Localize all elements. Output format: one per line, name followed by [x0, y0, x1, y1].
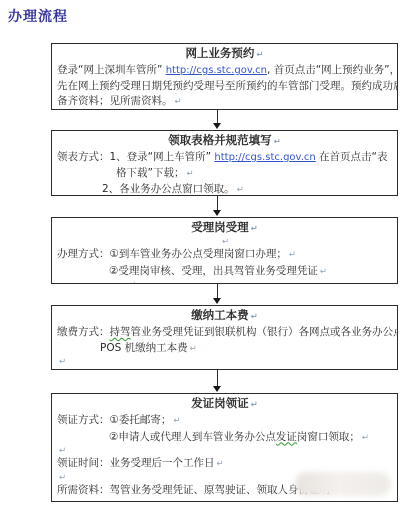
- return-mark-icon: ↵: [289, 250, 296, 260]
- step2-title: 领取表格并规范填写: [168, 133, 272, 147]
- flow-arrow-1: [213, 110, 222, 129]
- flow-arrow-2: [213, 196, 222, 216]
- step2-line1-text2: 在首页点击“表: [316, 151, 388, 163]
- flow-arrow-4: [213, 370, 222, 392]
- step2-line3-text: 2、各业务办公点窗口领取。: [102, 183, 235, 195]
- arrow-line: [217, 196, 218, 211]
- arrow-line: [217, 110, 218, 124]
- step5-line2-text2: 岗窗口领取；: [297, 431, 360, 443]
- step4-line1-text: 缴费方式：: [57, 326, 110, 338]
- step5-line4-text: 所需资料：驾管业务受理凭证、原驾驶证、领取人身份证明: [57, 484, 330, 496]
- step3-line1-text: 办理方式：①到车管业务办公点受理岗窗口办理；: [57, 248, 287, 260]
- step2-line2-text: 格下载”下载；: [116, 167, 184, 179]
- return-mark-icon: ↵: [251, 224, 258, 234]
- step2-title-row: 领取表格并规范填写↵: [57, 133, 392, 150]
- step3-title: 受理岗受理: [191, 220, 249, 234]
- flow-arrow-3: [213, 284, 222, 304]
- watermark-blur: [295, 472, 391, 496]
- page-title: 办理流程: [8, 6, 68, 26]
- step5-line3-text: 领证时间：业务受理后一个工作日: [57, 457, 215, 469]
- arrow-head-icon: [213, 386, 221, 392]
- step4-blank-line: ↵: [57, 357, 392, 367]
- return-mark-icon: ↵: [251, 400, 258, 410]
- step1-line3: 备齐资料；见所需资料。↵: [57, 94, 392, 110]
- step1-line2: 先在网上预约受理日期凭预约受理号至所预约的车管部门受理。预约成功后，: [57, 79, 392, 95]
- return-mark-icon: ↵: [59, 473, 66, 483]
- return-mark-icon: ↵: [217, 459, 224, 469]
- step1-title-row: 网上业务预约↵: [57, 46, 392, 63]
- step4-line2: POS 机缴纳工本费↵: [100, 341, 392, 358]
- step5-spellcheck-text: 发证: [276, 431, 297, 443]
- step5-title-row: 发证岗领证↵: [57, 396, 392, 413]
- step3-title-row: 受理岗受理↵: [57, 220, 392, 237]
- step5-title: 发证岗领证: [191, 396, 249, 410]
- cgs-website-link[interactable]: http://cgs.stc.gov.cn: [214, 152, 315, 163]
- step4-title-row: 缴纳工本费↵: [57, 308, 392, 325]
- return-mark-icon: ↵: [173, 416, 180, 426]
- return-mark-icon: ↵: [59, 357, 66, 367]
- step3-line1: 办理方式：①到车管业务办公点受理岗窗口办理；↵: [57, 247, 392, 264]
- return-mark-icon: ↵: [129, 280, 136, 284]
- step3-line2: ②受理岗审核、受理，出具驾管业务受理凭证↵: [109, 264, 392, 281]
- step4-line2-text: POS 机缴纳工本费: [100, 342, 188, 354]
- return-mark-icon: ↵: [59, 446, 66, 456]
- step2-line2: 格下载”下载；↵: [116, 166, 392, 183]
- step2-line1: 领表方式：1、登录“网上车管所” http://cgs.stc.gov.cn 在…: [57, 150, 392, 166]
- step2-line1-text: 领表方式：1、登录“网上车管所”: [57, 151, 214, 163]
- return-mark-icon: ↵: [190, 344, 197, 354]
- step1-line1: 登录“网上深圳车管所” http://cgs.stc.gov.cn, 首页点击“…: [57, 63, 392, 79]
- return-mark-icon: ↵: [362, 433, 369, 443]
- document-page: 办理流程 网上业务预约↵ 登录“网上深圳车管所” http://cgs.stc.…: [0, 0, 413, 515]
- return-mark-icon: ↵: [175, 97, 182, 107]
- arrow-line: [217, 284, 218, 299]
- arrow-head-icon: [213, 210, 221, 216]
- step1-line1-text: 登录“网上深圳车管所”: [57, 64, 166, 76]
- return-mark-icon: ↵: [251, 312, 258, 322]
- step4-title: 缴纳工本费: [191, 308, 249, 322]
- arrow-head-icon: [213, 298, 221, 304]
- step3-line2-text: ②受理岗审核、受理，出具驾管业务受理凭证: [109, 265, 318, 277]
- step-box-acceptance: 受理岗受理↵ ↵ 办理方式：①到车管业务办公点受理岗窗口办理；↵ ②受理岗审核、…: [51, 217, 398, 284]
- step-box-collect-license: 发证岗领证↵ 领证方式：①委托邮寄；↵ ②申请人或代理人到车管业务办公点发证岗窗…: [51, 393, 398, 502]
- step-box-pay-fee: 缴纳工本费↵ 缴费方式：持驾管业务受理凭证到银联机构（银行）各网点或各业务办公点…: [51, 305, 398, 370]
- step5-line1-text: 领证方式：①委托邮寄；: [57, 414, 171, 426]
- step5-line2: ②申请人或代理人到车管业务办公点发证岗窗口领取；↵: [109, 430, 392, 447]
- step1-line3-text: 备齐资料；见所需资料。: [57, 95, 173, 107]
- step5-line1: 领证方式：①委托邮寄；↵: [57, 413, 392, 430]
- return-mark-icon: ↵: [222, 237, 229, 247]
- return-mark-icon: ↵: [320, 267, 327, 277]
- return-mark-icon: ↵: [274, 137, 281, 147]
- step5-blank-line: ↵: [57, 446, 392, 456]
- arrow-line: [217, 370, 218, 387]
- step5-line2-text: ②申请人或代理人到车管业务办公点: [109, 431, 276, 443]
- step4-line1: 缴费方式：持驾管业务受理凭证到银联机构（银行）各网点或各业务办公点: [57, 325, 392, 341]
- step4-spellcheck-text: 持驾: [110, 326, 131, 338]
- arrow-head-icon: [213, 123, 221, 129]
- return-mark-icon: ↵: [186, 169, 193, 179]
- step3-blank-line2: ↵: [127, 280, 392, 284]
- step3-blank-line: ↵: [57, 237, 392, 247]
- step1-line2-text: 先在网上预约受理日期凭预约受理号至所预约的车管部门受理。预约成功后，: [57, 80, 398, 92]
- step1-line1-text2: , 首页点击“网上预约业务”，: [267, 64, 398, 76]
- return-mark-icon: ↵: [237, 185, 244, 195]
- step-box-get-forms: 领取表格并规范填写↵ 领表方式：1、登录“网上车管所” http://cgs.s…: [51, 130, 398, 196]
- step4-line1-text2: 管业务受理凭证到银联机构（银行）各网点或各业务办公点: [131, 326, 399, 338]
- step-box-online-appointment: 网上业务预约↵ 登录“网上深圳车管所” http://cgs.stc.gov.c…: [51, 43, 398, 110]
- step5-line3: 领证时间：业务受理后一个工作日↵: [57, 456, 392, 473]
- return-mark-icon: ↵: [256, 50, 263, 60]
- step1-title: 网上业务预约: [185, 46, 254, 60]
- cgs-website-link[interactable]: http://cgs.stc.gov.cn: [166, 65, 267, 76]
- step2-line3: 2、各业务办公点窗口领取。↵: [102, 182, 392, 196]
